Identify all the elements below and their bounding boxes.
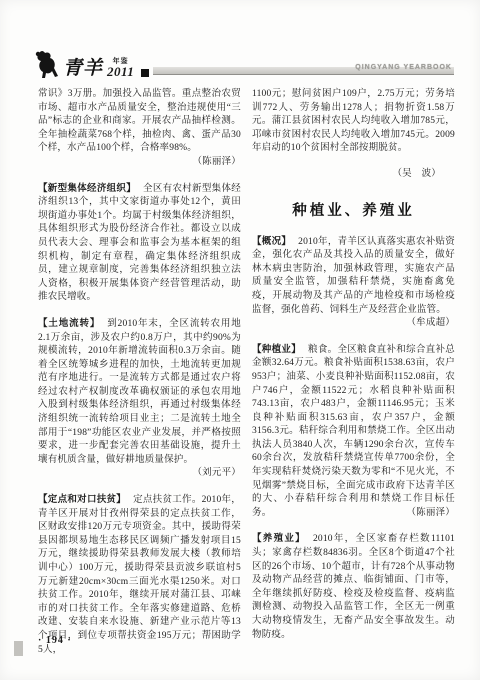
entry-heading: 【定点和对口扶贫】: [38, 494, 126, 505]
left-column: 常识》3万册。加强投入品监管。重点整治农贸市场、超市水产品质量安全，整治违规使用…: [38, 88, 241, 620]
entry-heading: 【土地流转】: [38, 318, 100, 329]
right-column: 1100元；慰问贫困户109户，2.75万元；劳务培训772人、劳务输出1278…: [252, 88, 455, 620]
logo-stack: 年鉴 2011: [107, 58, 134, 78]
banner-text: QINGYANG YEARBOOK: [355, 64, 452, 71]
header-rule-bar: QINGYANG YEARBOOK: [153, 67, 454, 75]
paragraph-text: 1100元；慰问贫困户109户，2.75万元；劳务培训772人、劳务输出1278…: [252, 89, 455, 153]
thumb-index-tab: [14, 641, 23, 656]
entry-heading: 【养殖业】: [252, 533, 306, 544]
entry-heading: 【新型集体经济组织】: [38, 183, 136, 194]
chapter-title: 种植业、养殖业: [252, 199, 455, 220]
entry-new-collective-economy: 【新型集体经济组织】全区有农村新型集体经济组织13个，其中文家街道办事处12个，…: [38, 182, 241, 305]
paragraph-text: 定点扶贫工作。2010年，青羊区开展对甘孜州得荣县的定点扶贫工作，区财政安排12…: [38, 495, 241, 655]
paragraph-continuation: 1100元；慰问贫困户109户，2.75万元；劳务培训772人、劳务输出1278…: [252, 88, 455, 156]
paragraph-text: 到2010年末，全区流转农用地2.1万余亩，涉及农户约0.8万户，其中约90%为…: [38, 319, 241, 465]
yearbook-logo: 青羊 年鉴 2011: [34, 50, 149, 78]
entry-breeding-industry: 【养殖业】2010年，全区家畜存栏数11101头；家禽存栏数84836羽。全区8…: [252, 532, 455, 642]
entry-heading: 【种植业】: [252, 344, 301, 355]
entry-planting-industry: 【种植业】粮食。全区粮食直补和综合直补总金额32.64万元。粮食补贴面积1538…: [252, 343, 455, 521]
entry-overview: 【概况】2010年，青羊区认真落实惠农补贴资金，强化农产品及其投入品的质量安全，…: [252, 235, 455, 331]
yearbook-page: 青羊 年鉴 2011 QINGYANG YEARBOOK 常识》3万册。加强投入…: [0, 0, 480, 680]
logo-square-mark: [141, 69, 149, 77]
paragraph-text: 常识》3万册。加强投入品监管。重点整治农贸市场、超市水产品质量安全，整治违规使用…: [38, 89, 241, 153]
attribution: （牟成超）: [400, 317, 455, 331]
paragraph-text: 2010年，全区家畜存栏数11101头；家禽存栏数84836羽。全区8个街道47…: [252, 534, 455, 639]
page-number: · 194 ·: [38, 635, 72, 646]
entry-land-transfer: 【土地流转】到2010年末，全区流转农用地2.1万余亩，涉及农户约0.8万户，其…: [38, 317, 241, 481]
attribution: （刘元平）: [186, 467, 241, 481]
goat-logo-icon: [34, 50, 60, 80]
logo-title: 青羊: [63, 59, 103, 78]
entry-poverty-alleviation: 【定点和对口扶贫】定点扶贫工作。2010年，青羊区开展对甘孜州得荣县的定点扶贫工…: [38, 493, 241, 657]
paragraph-continuation: 常识》3万册。加强投入品监管。重点整治农贸市场、超市水产品质量安全，整治违规使用…: [38, 88, 241, 170]
logo-year: 2011: [107, 65, 134, 78]
text-columns: 常识》3万册。加强投入品监管。重点整治农贸市场、超市水产品质量安全，整治违规使用…: [38, 88, 455, 620]
page-header: 青羊 年鉴 2011 QINGYANG YEARBOOK: [34, 44, 454, 78]
attribution-line: （吴 波）: [252, 168, 455, 182]
paragraph-text: 2010年，青羊区认真落实惠农补贴资金，强化农产品及其投入品的质量安全，做好林木…: [252, 237, 455, 315]
attribution: （陈丽泽）: [186, 156, 241, 170]
attribution: （吴 波）: [392, 169, 441, 179]
paragraph-text: 粮食。全区粮食直补和综合直补总金额32.64万元。粮食补贴面积1538.63亩，…: [252, 345, 455, 518]
attribution: （陈丽泽）: [400, 507, 455, 521]
entry-heading: 【概况】: [252, 236, 291, 247]
paragraph-text: 全区有农村新型集体经济组织13个，其中文家街道办事处12个，黄田坝街道办事处1个…: [38, 184, 241, 303]
